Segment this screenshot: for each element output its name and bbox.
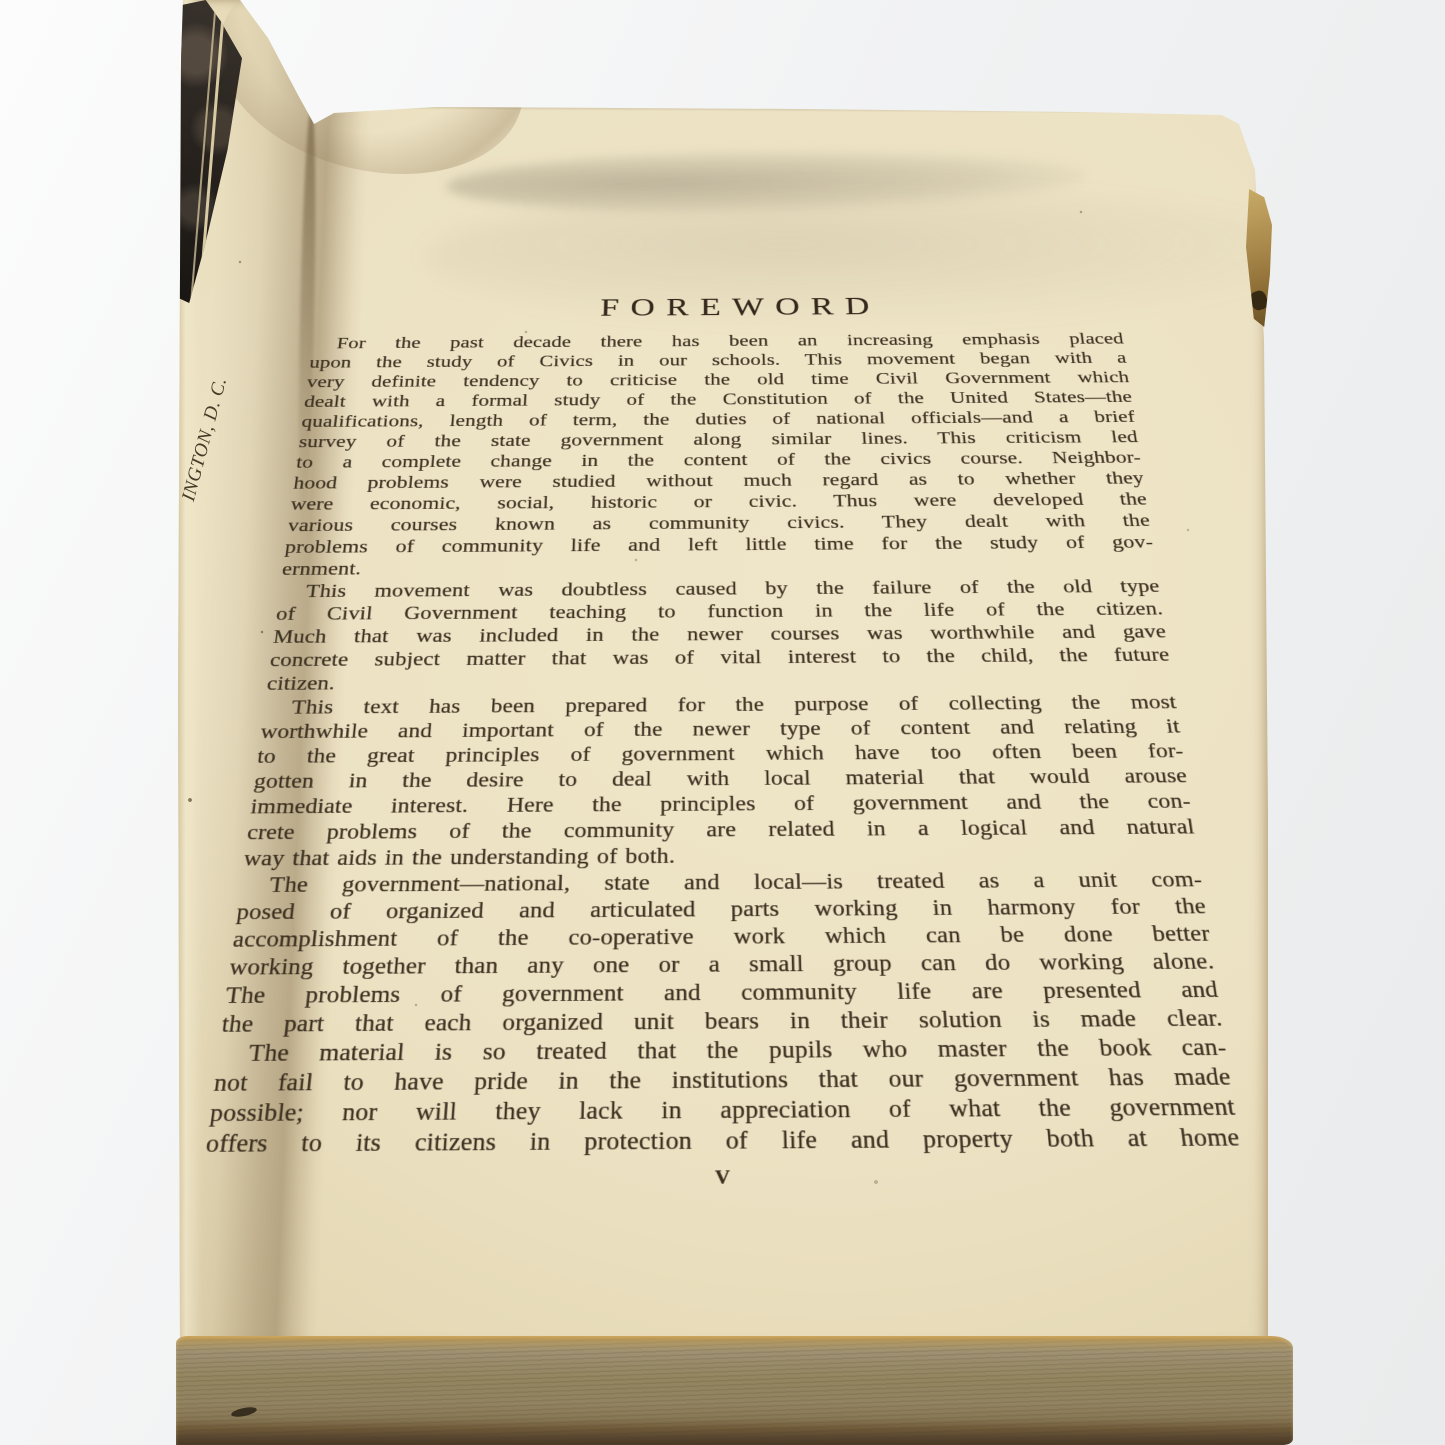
page-edge-stack (176, 1336, 1293, 1445)
text-line: offers to its citizens in protection of … (204, 1122, 1241, 1159)
edge-stack-mark (230, 1405, 257, 1418)
photo-canvas: INGTON, D. C. FOREWORD For the past deca… (0, 0, 1445, 1445)
book-photo: INGTON, D. C. FOREWORD For the past deca… (0, 0, 1445, 1445)
text-block: For the past decade there has been an in… (204, 329, 1241, 1159)
page-text: FOREWORD For the past decade there has b… (198, 290, 1248, 1205)
page-number: V (200, 1162, 1247, 1192)
foreword-page: INGTON, D. C. FOREWORD For the past deca… (176, 0, 1268, 1356)
page-heading: FOREWORD (315, 290, 1121, 324)
